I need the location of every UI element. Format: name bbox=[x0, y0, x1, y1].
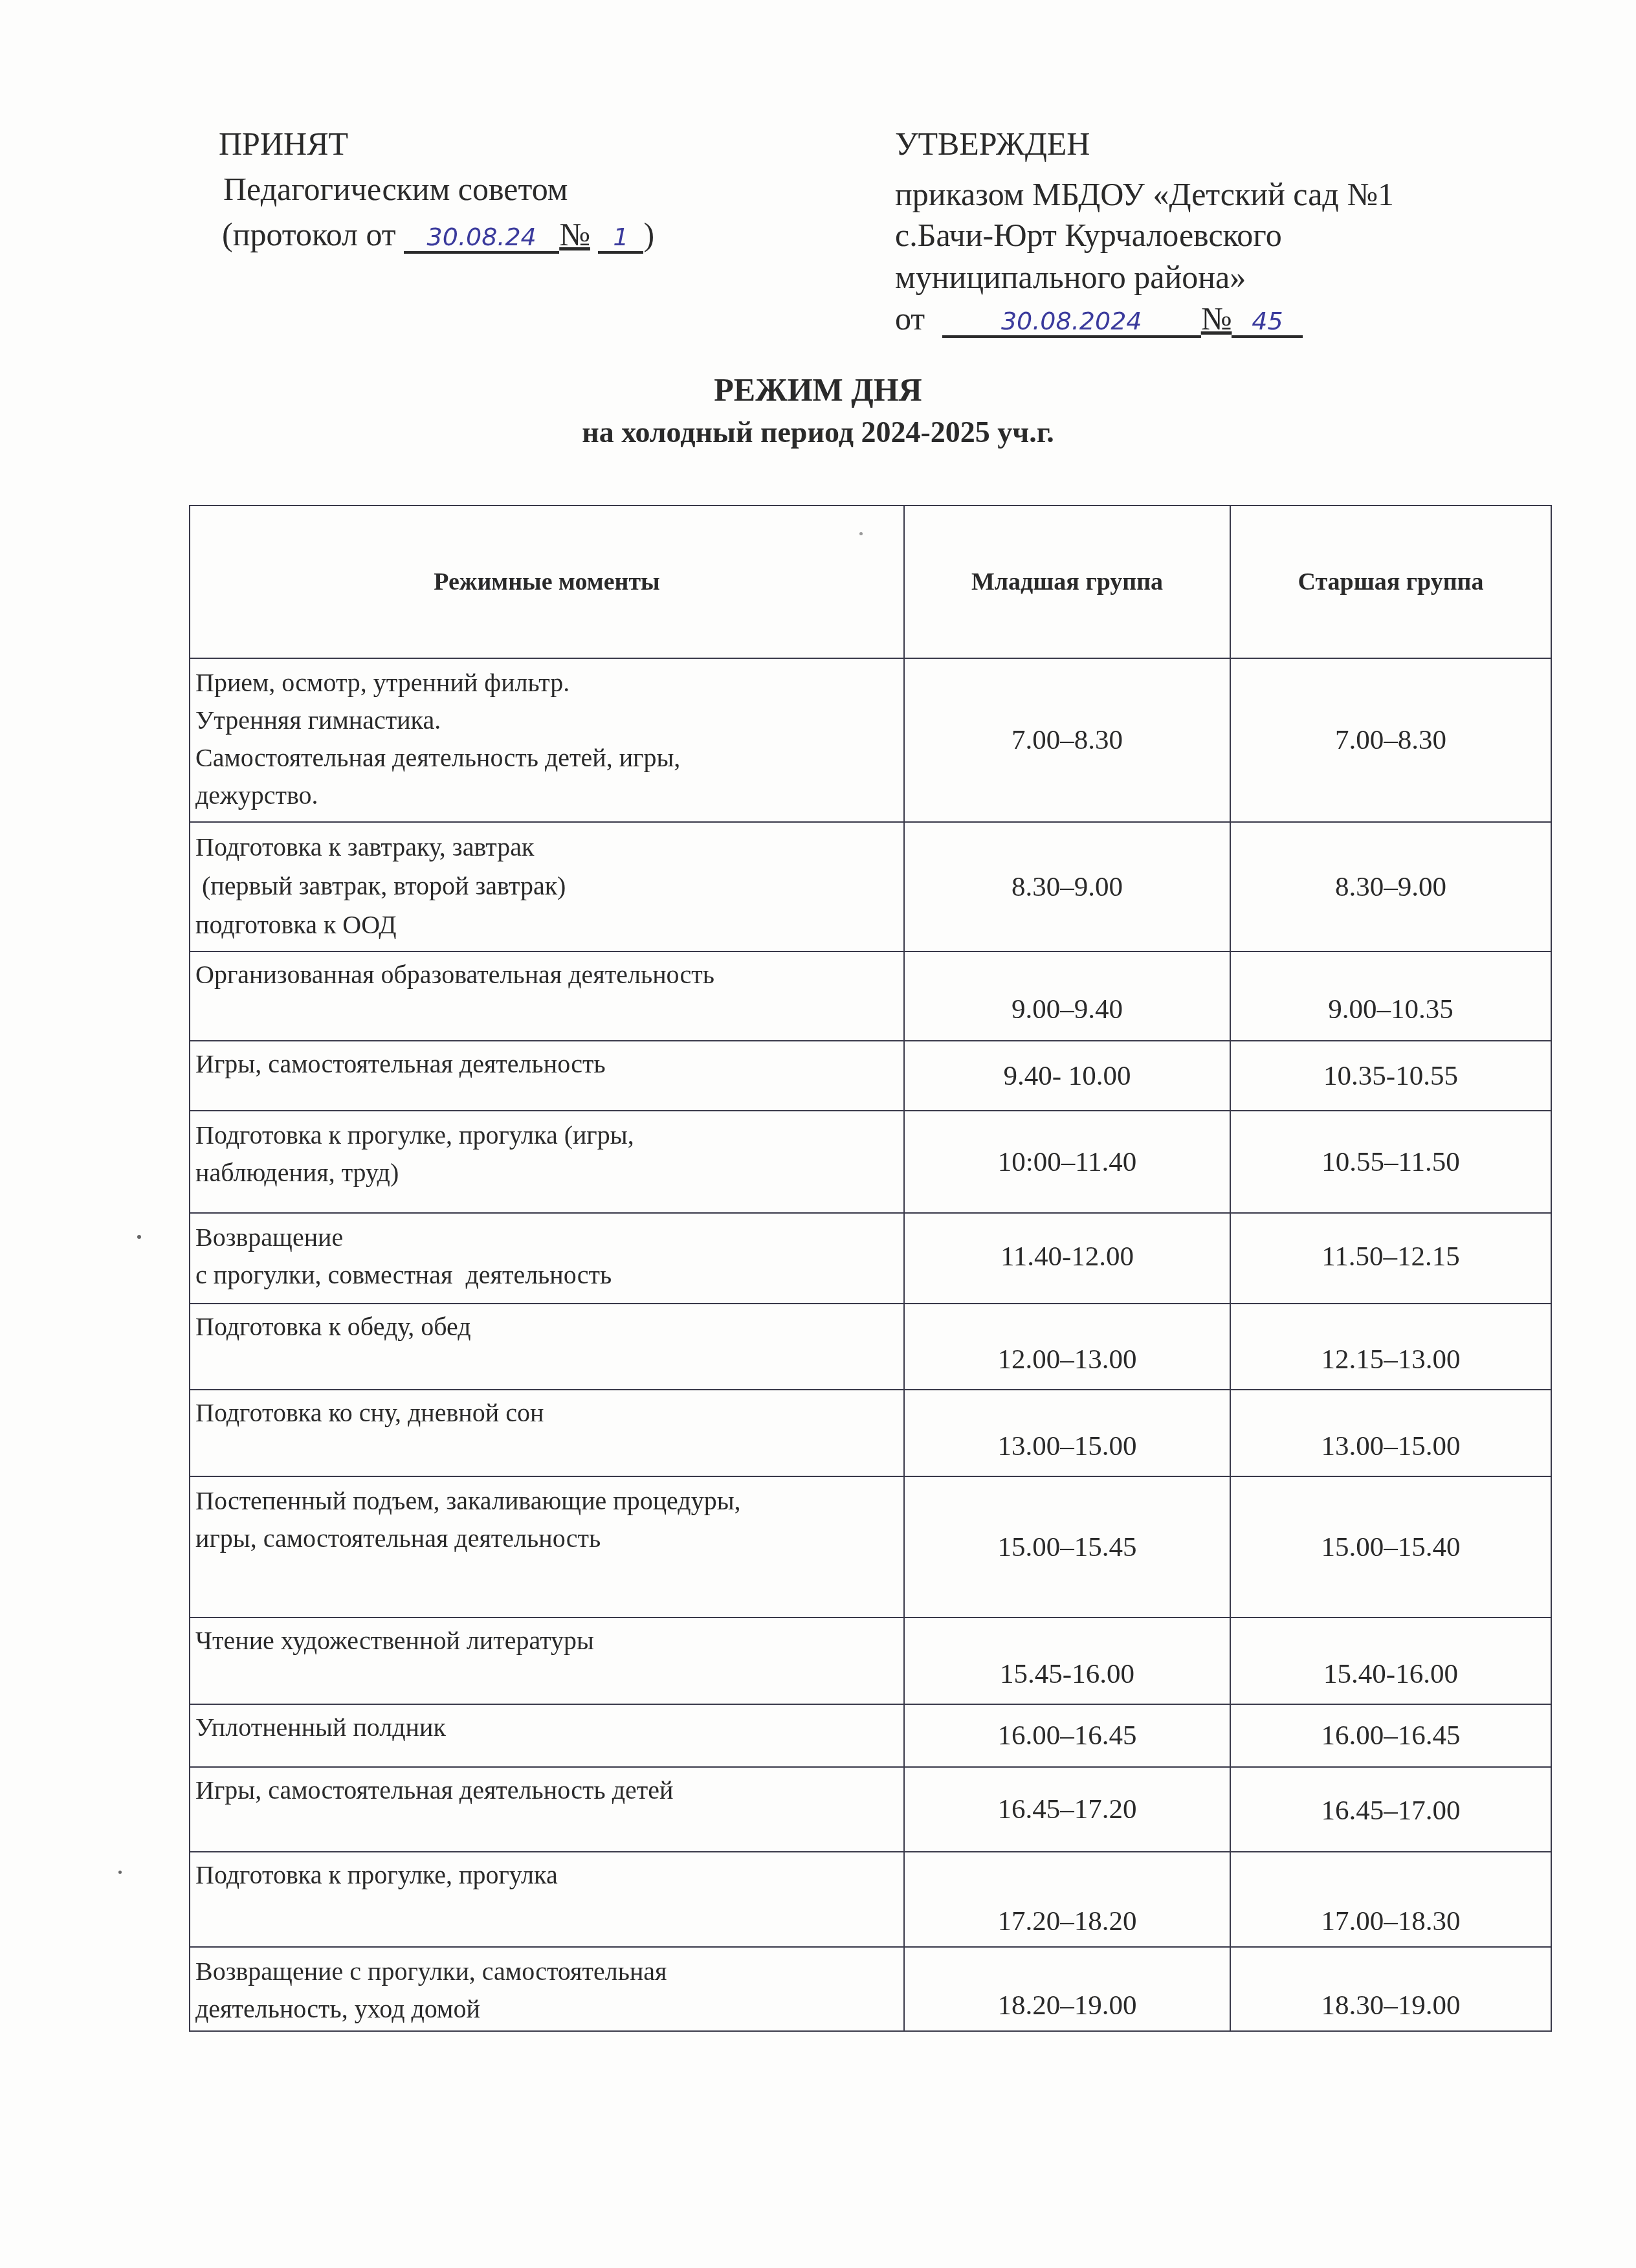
approved-line3: муниципального района» bbox=[895, 258, 1246, 296]
table-row: Подготовка к завтраку, завтрак (первый з… bbox=[190, 822, 1551, 951]
junior-time-cell: 16.45–17.20 bbox=[904, 1767, 1230, 1852]
protocol-closing: ) bbox=[643, 216, 654, 252]
scan-speck bbox=[137, 1235, 141, 1239]
table-row: Игры, самостоятельная деятельность9.40- … bbox=[190, 1041, 1551, 1111]
approved-order: от 30.08.2024№45 bbox=[895, 299, 1303, 338]
junior-time-cell: 9.40- 10.00 bbox=[904, 1041, 1230, 1111]
order-number: 45 bbox=[1252, 307, 1283, 335]
activity-line: Возвращение с прогулки, самостоятельная bbox=[195, 1953, 898, 1990]
accepted-heading: ПРИНЯТ bbox=[219, 124, 348, 163]
junior-time-cell: 10:00–11.40 bbox=[904, 1111, 1230, 1213]
table-row: Постепенный подъем, закаливающие процеду… bbox=[190, 1476, 1551, 1618]
junior-time-cell: 13.00–15.00 bbox=[904, 1390, 1230, 1476]
activity-line: Подготовка к обеду, обед bbox=[195, 1309, 898, 1344]
column-header-junior: Младшая группа bbox=[904, 506, 1230, 658]
activity-line: (первый завтрак, второй завтрак) bbox=[195, 867, 898, 906]
table-row: Уплотненный полдник16.00–16.4516.00–16.4… bbox=[190, 1704, 1551, 1767]
activity-line: с прогулки, совместная деятельность bbox=[195, 1256, 898, 1294]
activity-line: Подготовка к прогулке, прогулка bbox=[195, 1858, 898, 1892]
activity-line: Уплотненный полдник bbox=[195, 1710, 898, 1744]
activity-line: Чтение художественной литературы bbox=[195, 1623, 898, 1658]
activity-line: Подготовка к завтраку, завтрак bbox=[195, 828, 898, 867]
activity-line: Возвращение bbox=[195, 1219, 898, 1256]
junior-time-cell: 18.20–19.00 bbox=[904, 1947, 1230, 2031]
table-header-row: Режимные моменты Младшая группа Старшая … bbox=[190, 506, 1551, 658]
senior-time-cell: 7.00–8.30 bbox=[1230, 658, 1551, 822]
junior-time-cell: 9.00–9.40 bbox=[904, 951, 1230, 1041]
senior-time-cell: 17.00–18.30 bbox=[1230, 1852, 1551, 1947]
senior-time-cell: 12.15–13.00 bbox=[1230, 1304, 1551, 1390]
table-row: Возвращение с прогулки, самостоятельнаяд… bbox=[190, 1947, 1551, 2031]
table-row: Чтение художественной литературы15.45-16… bbox=[190, 1618, 1551, 1704]
senior-time-cell: 8.30–9.00 bbox=[1230, 822, 1551, 951]
accepted-protocol: (протокол от 30.08.24№ 1) bbox=[222, 215, 654, 254]
table-row: Подготовка ко сну, дневной сон13.00–15.0… bbox=[190, 1390, 1551, 1476]
protocol-number: 1 bbox=[613, 223, 628, 251]
activity-cell: Уплотненный полдник bbox=[190, 1704, 904, 1767]
activity-cell: Игры, самостоятельная деятельность bbox=[190, 1041, 904, 1111]
protocol-number-field: 1 bbox=[598, 220, 643, 254]
activity-cell: Подготовка к прогулке, прогулка bbox=[190, 1852, 904, 1947]
activity-cell: Возвращениес прогулки, совместная деятел… bbox=[190, 1213, 904, 1304]
senior-time-cell: 10.35-10.55 bbox=[1230, 1041, 1551, 1111]
activity-cell: Чтение художественной литературы bbox=[190, 1618, 904, 1704]
page-title: РЕЖИМ ДНЯ bbox=[0, 370, 1636, 409]
protocol-date-field: 30.08.24 bbox=[404, 220, 559, 254]
junior-time-cell: 17.20–18.20 bbox=[904, 1852, 1230, 1947]
activity-line: Прием, осмотр, утренний фильтр. bbox=[195, 664, 898, 702]
junior-time-cell: 11.40-12.00 bbox=[904, 1213, 1230, 1304]
senior-time-cell: 15.00–15.40 bbox=[1230, 1476, 1551, 1618]
activity-line: наблюдения, труд) bbox=[195, 1154, 898, 1192]
senior-time-cell: 18.30–19.00 bbox=[1230, 1947, 1551, 2031]
activity-line: Утренняя гимнастика. bbox=[195, 702, 898, 739]
table-row: Подготовка к обеду, обед12.00–13.0012.15… bbox=[190, 1304, 1551, 1390]
order-date-field: 30.08.2024 bbox=[942, 304, 1201, 338]
protocol-prefix: (протокол от bbox=[222, 216, 396, 252]
activity-line: Игры, самостоятельная деятельность детей bbox=[195, 1773, 898, 1807]
activity-line: Подготовка к прогулке, прогулка (игры, bbox=[195, 1117, 898, 1154]
activity-cell: Подготовка к прогулке, прогулка (игры,на… bbox=[190, 1111, 904, 1213]
order-prefix: от bbox=[895, 300, 925, 337]
activity-line: игры, самостоятельная деятельность bbox=[195, 1520, 898, 1557]
activity-line: дежурство. bbox=[195, 777, 898, 814]
activity-cell: Постепенный подъем, закаливающие процеду… bbox=[190, 1476, 904, 1618]
activity-cell: Подготовка к обеду, обед bbox=[190, 1304, 904, 1390]
protocol-date: 30.08.24 bbox=[427, 223, 536, 251]
table-row: Игры, самостоятельная деятельность детей… bbox=[190, 1767, 1551, 1852]
activity-line: Подготовка ко сну, дневной сон bbox=[195, 1395, 898, 1430]
activity-line: Организованная образовательная деятельно… bbox=[195, 957, 898, 992]
column-header-activity: Режимные моменты bbox=[190, 506, 904, 658]
senior-time-cell: 9.00–10.35 bbox=[1230, 951, 1551, 1041]
activity-cell: Прием, осмотр, утренний фильтр.Утренняя … bbox=[190, 658, 904, 822]
activity-line: Игры, самостоятельная деятельность bbox=[195, 1047, 898, 1081]
table-row: Прием, осмотр, утренний фильтр.Утренняя … bbox=[190, 658, 1551, 822]
scan-speck bbox=[118, 1871, 122, 1874]
order-number-field: 45 bbox=[1232, 304, 1303, 338]
approved-line2: с.Бачи-Юрт Курчалоевского bbox=[895, 216, 1282, 254]
accepted-council: Педагогическим советом bbox=[223, 170, 568, 208]
column-header-senior: Старшая группа bbox=[1230, 506, 1551, 658]
junior-time-cell: 15.00–15.45 bbox=[904, 1476, 1230, 1618]
junior-time-cell: 15.45-16.00 bbox=[904, 1618, 1230, 1704]
page-subtitle: на холодный период 2024-2025 уч.г. bbox=[0, 414, 1636, 450]
order-date: 30.08.2024 bbox=[1001, 307, 1142, 335]
junior-time-cell: 7.00–8.30 bbox=[904, 658, 1230, 822]
table-row: Организованная образовательная деятельно… bbox=[190, 951, 1551, 1041]
table-row: Подготовка к прогулке, прогулка17.20–18.… bbox=[190, 1852, 1551, 1947]
protocol-number-sign: № bbox=[559, 216, 590, 252]
senior-time-cell: 15.40-16.00 bbox=[1230, 1618, 1551, 1704]
senior-time-cell: 13.00–15.00 bbox=[1230, 1390, 1551, 1476]
activity-cell: Возвращение с прогулки, самостоятельнаяд… bbox=[190, 1947, 904, 2031]
junior-time-cell: 8.30–9.00 bbox=[904, 822, 1230, 951]
senior-time-cell: 16.00–16.45 bbox=[1230, 1704, 1551, 1767]
order-number-sign: № bbox=[1201, 300, 1232, 337]
activity-line: Самостоятельная деятельность детей, игры… bbox=[195, 739, 898, 777]
schedule-table: Режимные моменты Младшая группа Старшая … bbox=[189, 505, 1552, 2032]
senior-time-cell: 16.45–17.00 bbox=[1230, 1767, 1551, 1852]
activity-cell: Игры, самостоятельная деятельность детей bbox=[190, 1767, 904, 1852]
activity-line: Постепенный подъем, закаливающие процеду… bbox=[195, 1482, 898, 1520]
approved-heading: УТВЕРЖДЕН bbox=[895, 124, 1090, 163]
activity-line: деятельность, уход домой bbox=[195, 1990, 898, 2028]
junior-time-cell: 12.00–13.00 bbox=[904, 1304, 1230, 1390]
senior-time-cell: 11.50–12.15 bbox=[1230, 1213, 1551, 1304]
approved-line1: приказом МБДОУ «Детский сад №1 bbox=[895, 175, 1394, 214]
activity-line: подготовка к ООД bbox=[195, 906, 898, 944]
activity-cell: Подготовка к завтраку, завтрак (первый з… bbox=[190, 822, 904, 951]
table-row: Возвращениес прогулки, совместная деятел… bbox=[190, 1213, 1551, 1304]
table-row: Подготовка к прогулке, прогулка (игры,на… bbox=[190, 1111, 1551, 1213]
junior-time-cell: 16.00–16.45 bbox=[904, 1704, 1230, 1767]
activity-cell: Организованная образовательная деятельно… bbox=[190, 951, 904, 1041]
scan-speck bbox=[859, 532, 863, 535]
activity-cell: Подготовка ко сну, дневной сон bbox=[190, 1390, 904, 1476]
senior-time-cell: 10.55–11.50 bbox=[1230, 1111, 1551, 1213]
